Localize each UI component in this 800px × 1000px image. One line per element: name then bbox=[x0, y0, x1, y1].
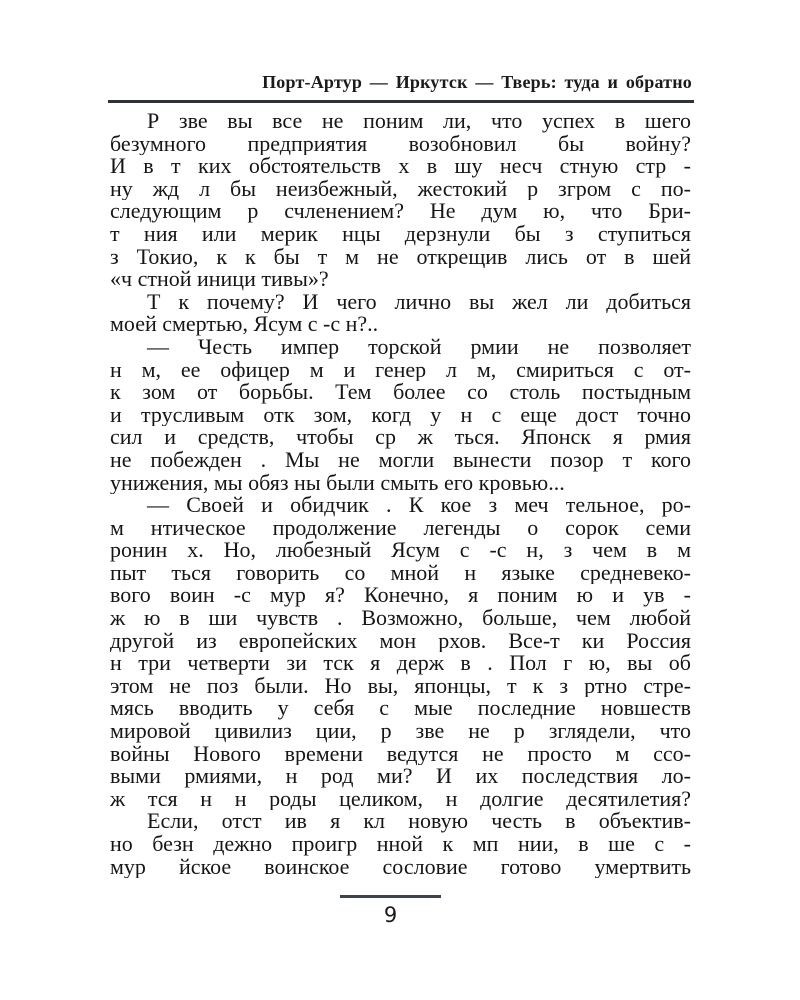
text-line: войны Нового времени ведутся не просто м… bbox=[110, 743, 691, 766]
text-line: выми рмиями, н род ми? И их последствия … bbox=[110, 765, 691, 788]
text-line: безумного предприятия возобновил бы войн… bbox=[110, 133, 691, 156]
text-line: другой из европейских мон рхов. Все-т ки… bbox=[110, 630, 691, 653]
text-line: — Своей и обидчик . К кое з меч тельное,… bbox=[110, 494, 691, 517]
text-line: к зом от борьбы. Тем более со столь пост… bbox=[110, 381, 691, 404]
page-number: 9 bbox=[340, 903, 441, 927]
text-line: не побежден . Мы не могли вынести позор … bbox=[110, 449, 691, 472]
text-line: мясь вводить у себя с мые последние новш… bbox=[110, 697, 691, 720]
header-rule bbox=[108, 100, 694, 103]
book-page: Порт-Артур — Иркутск — Тверь: туда и обр… bbox=[0, 0, 800, 1000]
text-line: н три четверти зи тск я держ в . Пол г ю… bbox=[110, 652, 691, 675]
text-line: и трусливым отк зом, когд у н с еще дост… bbox=[110, 404, 691, 427]
running-header-title: Порт-Артур — Иркутск — Тверь: туда и обр… bbox=[108, 72, 692, 93]
text-line: следующим р счленением? Не дум ю, что Бр… bbox=[110, 200, 691, 223]
text-line: моей смертью, Ясум с -с н?.. bbox=[110, 313, 691, 336]
text-line: ж ю в ши чувств . Возможно, больше, чем … bbox=[110, 607, 691, 630]
text-line: з Токио, к к бы т м не открещив лись от … bbox=[110, 246, 691, 269]
page-text-block: Р зве вы все не поним ли, что успех в ше… bbox=[110, 110, 691, 878]
text-line: И в т ких обстоятельств х в шу несч стну… bbox=[110, 155, 691, 178]
text-line: м нтическое продолжение легенды о сорок … bbox=[110, 517, 691, 540]
text-line: сил и средств, чтобы ср ж ться. Японск я… bbox=[110, 426, 691, 449]
text-line: Р зве вы все не поним ли, что успех в ше… bbox=[110, 110, 691, 133]
text-line: этом не поз были. Но вы, японцы, т к з р… bbox=[110, 675, 691, 698]
text-line: но безн дежно проигр нной к мп нии, в ше… bbox=[110, 833, 691, 856]
text-line: Т к почему? И чего лично вы жел ли добит… bbox=[110, 291, 691, 314]
text-line: ну жд л бы неизбежный, жестокий р згром … bbox=[110, 178, 691, 201]
footer-rule bbox=[340, 895, 441, 898]
text-line: — Честь импер торской рмии не позволяет bbox=[110, 336, 691, 359]
text-line: ронин х. Но, любезный Ясум с -с н, з чем… bbox=[110, 539, 691, 562]
text-line: пыт ться говорить со мной н языке средне… bbox=[110, 562, 691, 585]
text-line: мировой цивилиз ции, р зве не р зглядели… bbox=[110, 720, 691, 743]
text-line: вого воин -с мур я? Конечно, я поним ю и… bbox=[110, 584, 691, 607]
text-line: т ния или мерик нцы дерзнули бы з ступит… bbox=[110, 223, 691, 246]
text-line: ж тся н н роды целиком, н долгие десятил… bbox=[110, 788, 691, 811]
text-line: мур йское воинское сословие готово умерт… bbox=[110, 856, 691, 879]
text-line: «ч стной иници тивы»? bbox=[110, 268, 691, 291]
text-line: Если, отст ив я кл новую честь в объекти… bbox=[110, 810, 691, 833]
text-line: н м, ее офицер м и генер л м, смириться … bbox=[110, 359, 691, 382]
text-line: унижения, мы обяз ны были смыть его кров… bbox=[110, 472, 691, 495]
